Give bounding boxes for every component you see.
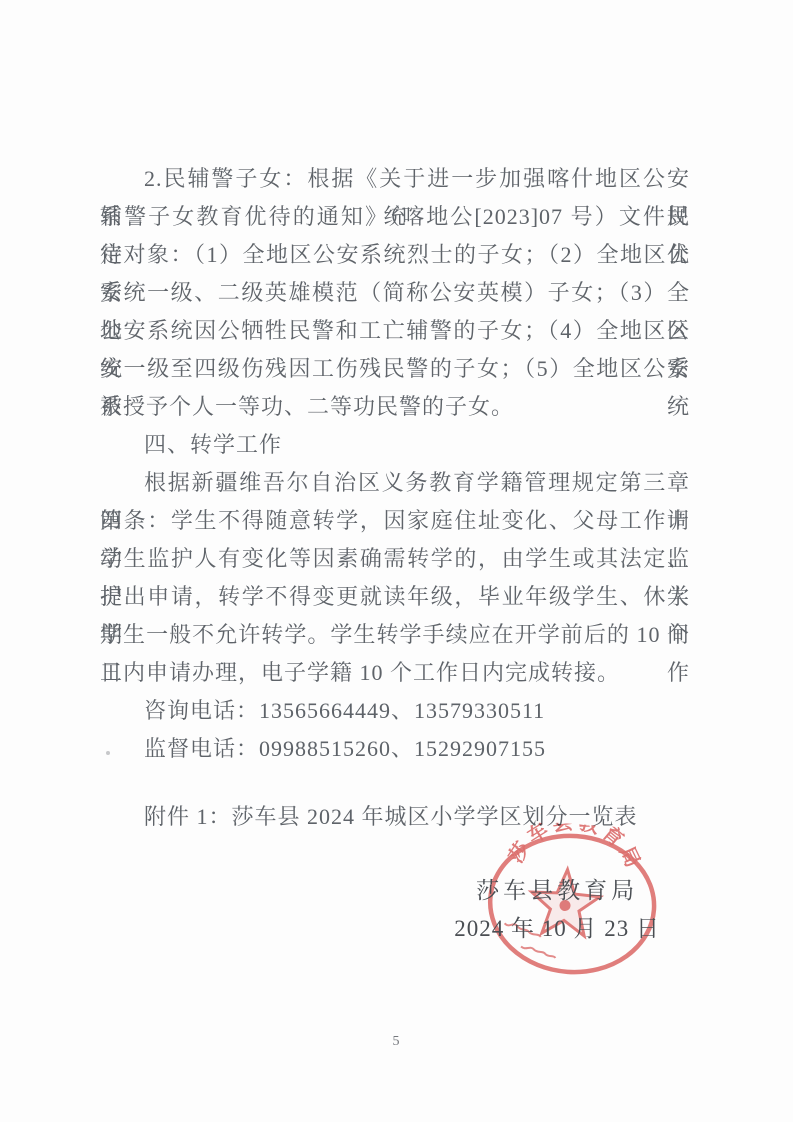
- scan-artifact-dot: [106, 751, 110, 755]
- document-page: 2.民辅警子女：根据《关于进一步加强喀什地区公安系统民 辅警子女教育优待的通知》…: [0, 0, 793, 1122]
- page-number: 5: [0, 1034, 793, 1050]
- body-text-line: 待对象：（1）全地区公安系统烈士的子女；（2）全地区公安: [100, 236, 690, 274]
- body-text-line: 根据新疆维吾尔自治区义务教育学籍管理规定第三章第十: [100, 464, 690, 502]
- body-text-line: 系统一级、二级英雄模范（简称公安英模）子女；（3）全地区: [100, 274, 690, 312]
- section-heading: 四、转学工作: [100, 426, 690, 464]
- consult-phone-line: 咨询电话：13565664449、13579330511: [100, 692, 690, 730]
- signature-org: 莎车县教育局: [454, 872, 660, 910]
- body-text-line: 学生监护人有变化等因素确需转学的，由学生或其法定监护人: [100, 540, 690, 578]
- document-body: 2.民辅警子女：根据《关于进一步加强喀什地区公安系统民 辅警子女教育优待的通知》…: [100, 160, 690, 768]
- body-text-line: 学生一般不允许转学。学生转学手续应在开学前后的 10 个工作: [100, 616, 690, 654]
- body-text-line: 公安系统因公牺牲民警和工亡辅警的子女；（4）全地区公安系: [100, 312, 690, 350]
- supervise-phone-line: 监督电话：09988515260、15292907155: [100, 730, 690, 768]
- signature-date: 2024 年 10 月 23 日: [454, 910, 660, 948]
- body-text-line: 四条：学生不得随意转学，因家庭住址变化、父母工作调动、: [100, 502, 690, 540]
- body-text-line: 提出申请，转学不得变更就读年级，毕业年级学生、休学期间: [100, 578, 690, 616]
- body-text-line: 统一级至四级伤残因工伤残民警的子女；（5）全地区公安系统: [100, 350, 690, 388]
- body-text-line: 辅警子女教育优待的通知》（喀地公[2023]07 号）文件规定优: [100, 198, 690, 236]
- body-text-line: 2.民辅警子女：根据《关于进一步加强喀什地区公安系统民: [100, 160, 690, 198]
- signature-block: 莎车县教育局 2024 年 10 月 23 日: [454, 872, 660, 948]
- body-text-line: 日内申请办理，电子学籍 10 个工作日内完成转接。: [100, 654, 690, 692]
